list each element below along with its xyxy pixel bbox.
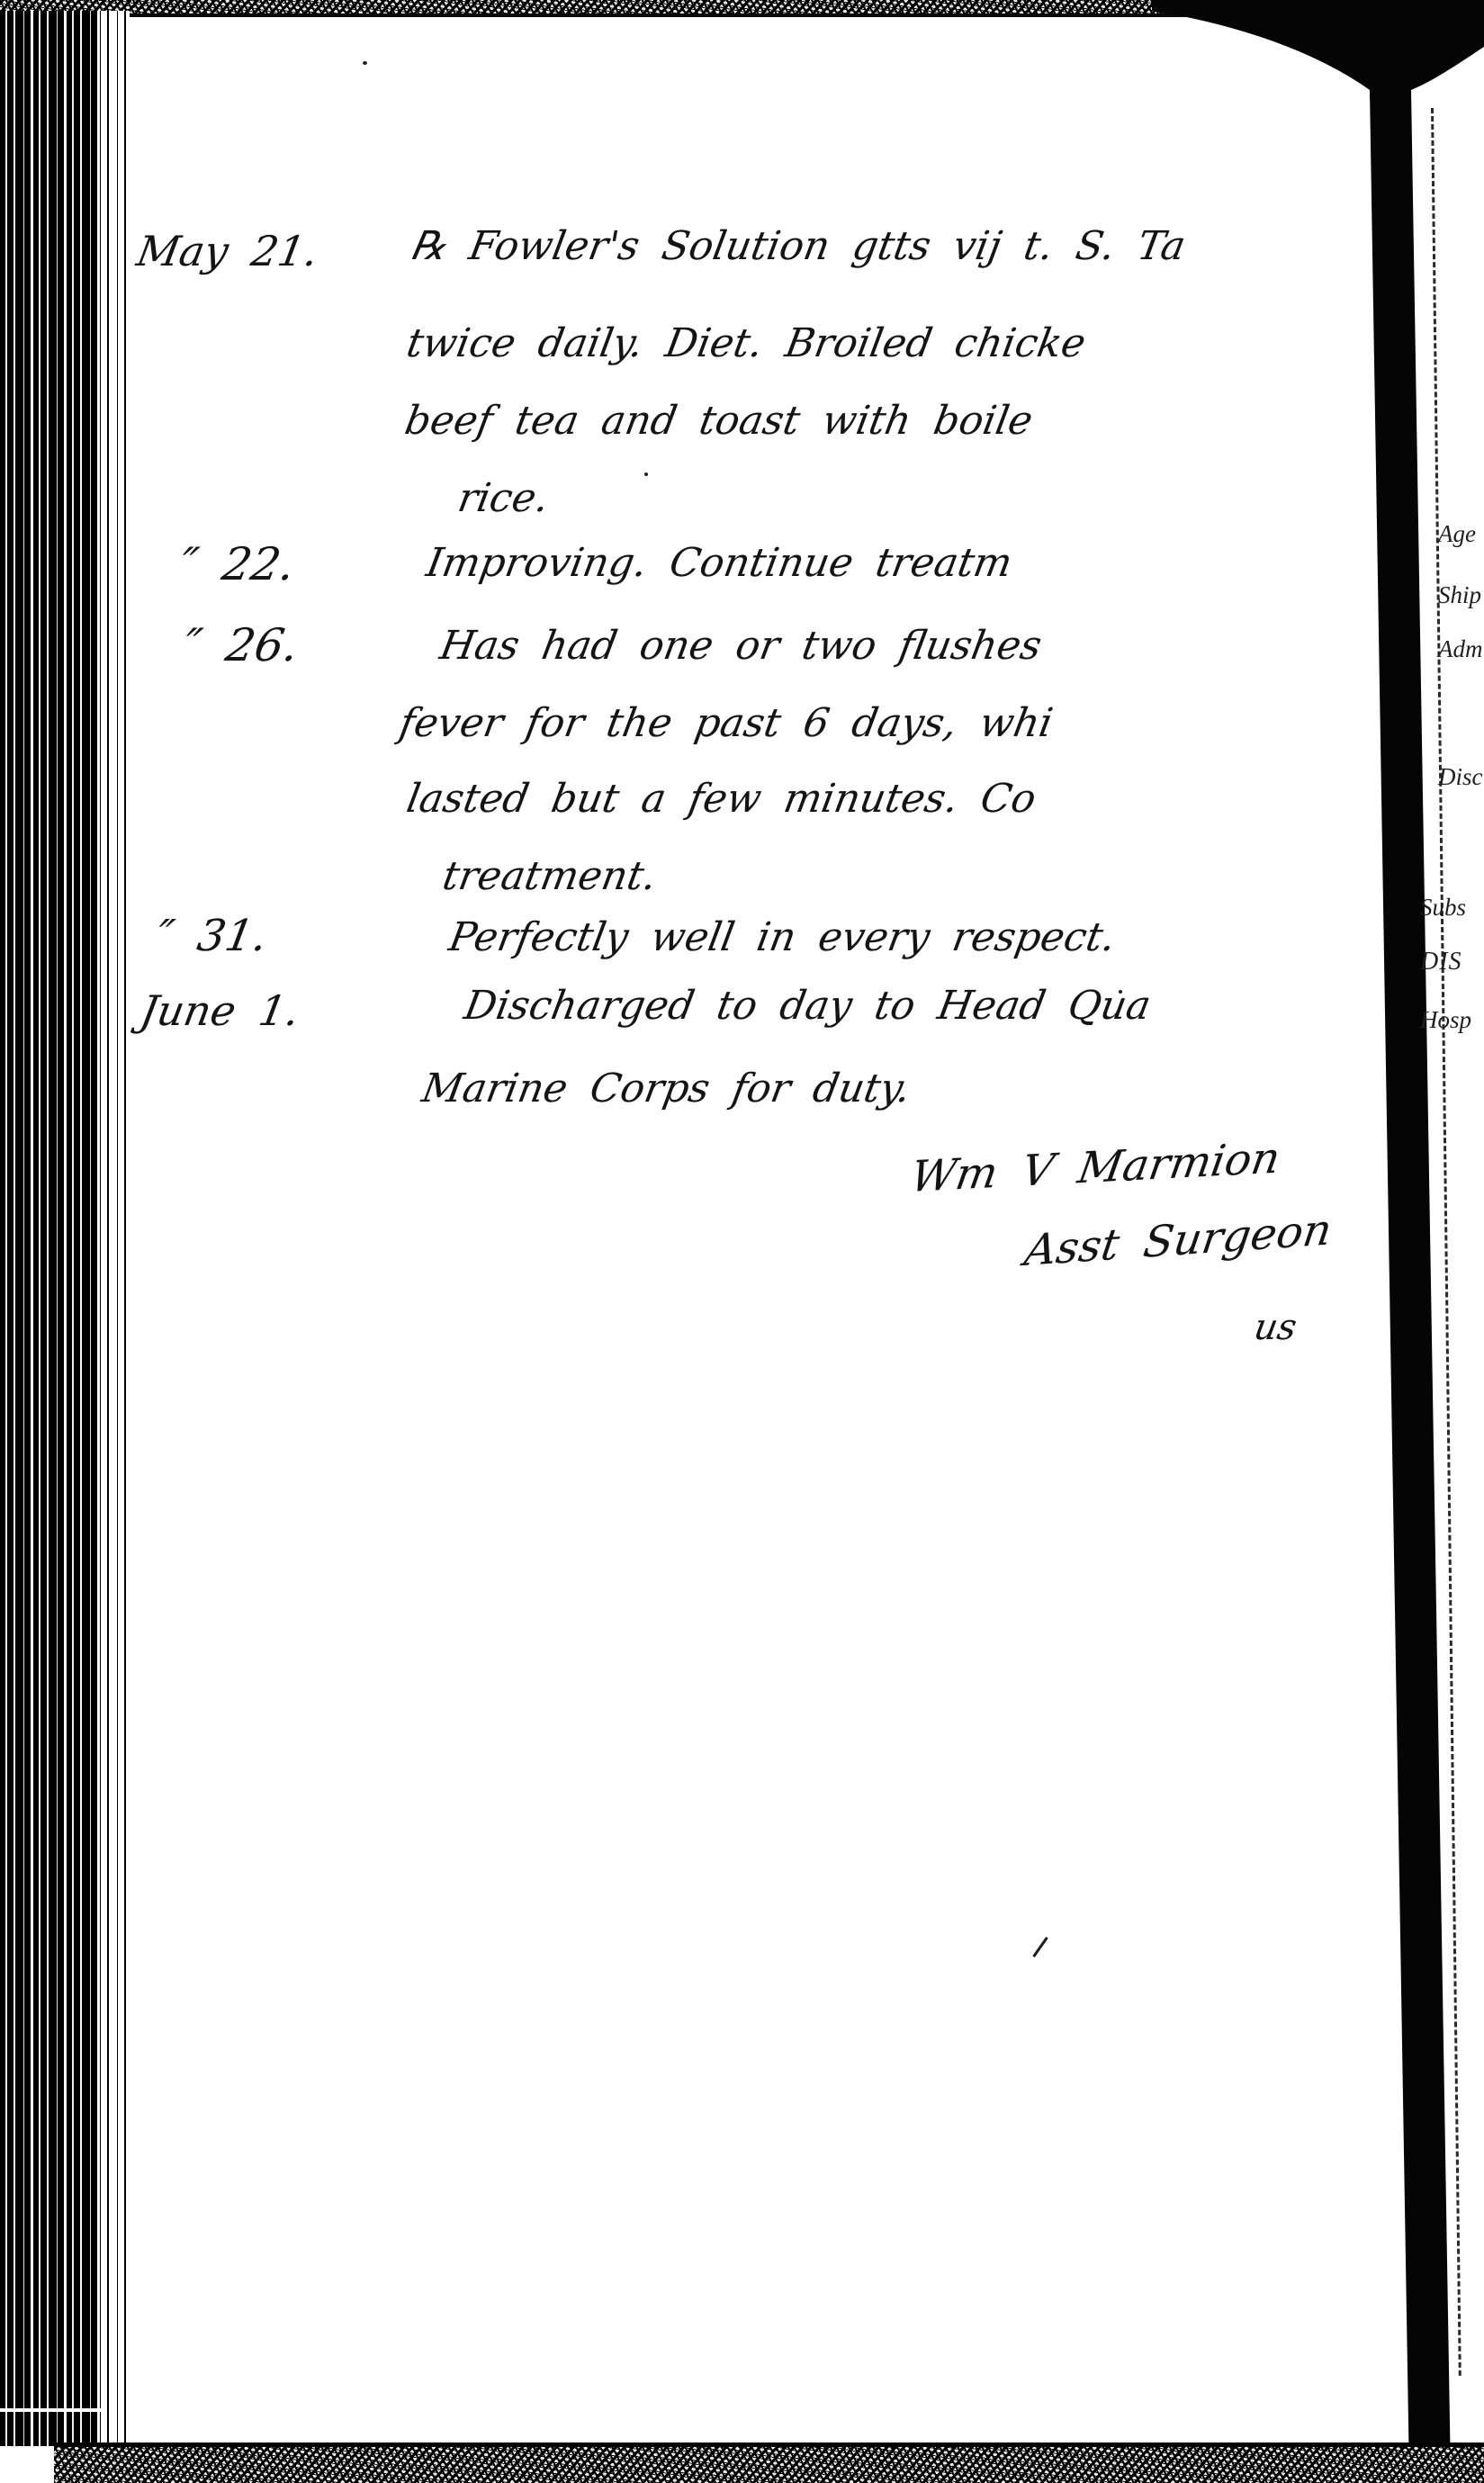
binding-scratch-mark (0, 2408, 101, 2412)
gutter-shadow-top (1152, 0, 1484, 99)
book-binding-page-edges (0, 11, 101, 2446)
entry-line: Discharged to day to Head Qua (461, 983, 1155, 1029)
entry-date-26: ″ 26. (180, 619, 302, 671)
margin-label-ship: Ship (1438, 581, 1481, 609)
margin-label-adm: Adm (1438, 635, 1483, 663)
entry-line: rice. (454, 475, 553, 521)
gutter-shadow-band (1370, 89, 1451, 2456)
entry-date-june-1: June 1. (137, 986, 303, 1035)
entry-line: lasted but a few minutes. Co (403, 776, 1039, 822)
book-binding-outer-leaves (101, 11, 130, 2446)
entry-date-31: ″ 31. (153, 911, 271, 961)
entry-date-22: ″ 22. (176, 538, 299, 590)
entry-line: twice daily. Diet. Broiled chicke (403, 320, 1089, 366)
scanned-record-page: May 21. ℞ Fowler's Solution gtts vij t. … (0, 0, 1484, 2483)
margin-label-age: Age (1438, 520, 1476, 548)
signature-title: Asst Surgeon (1021, 1205, 1335, 1276)
signature-suffix: us (1251, 1307, 1300, 1348)
scan-bottom-edge-band (54, 2443, 1484, 2483)
entry-line: ℞ Fowler's Solution gtts vij t. S. Ta (407, 223, 1189, 269)
entry-line: Has had one or two flushes (436, 623, 1045, 669)
entry-line: Perfectly well in every respect. (445, 914, 1119, 960)
entry-line: Marine Corps for duty. (418, 1066, 914, 1111)
entry-line: fever for the past 6 days, whi (396, 700, 1057, 746)
margin-label-dis: DIS (1420, 948, 1462, 976)
stray-pen-tick (1032, 1937, 1048, 1957)
signature-name: Wm V Marmion (907, 1133, 1283, 1202)
margin-label-disc: Disc (1438, 763, 1483, 791)
noise-speck (363, 61, 367, 65)
entry-line: beef tea and toast with boile (401, 398, 1036, 444)
entry-line: Improving. Continue treatm (423, 540, 1016, 586)
gutter-scratch-mark (1255, 2160, 1325, 2450)
entry-date-may-21: May 21. (133, 227, 322, 275)
entry-line: treatment. (439, 853, 660, 899)
margin-label-hosp: Hosp (1420, 1006, 1471, 1034)
noise-speck (644, 472, 648, 476)
gutter-scratch-mark (1334, 2056, 1390, 2067)
margin-label-subs: Subs (1420, 894, 1466, 922)
